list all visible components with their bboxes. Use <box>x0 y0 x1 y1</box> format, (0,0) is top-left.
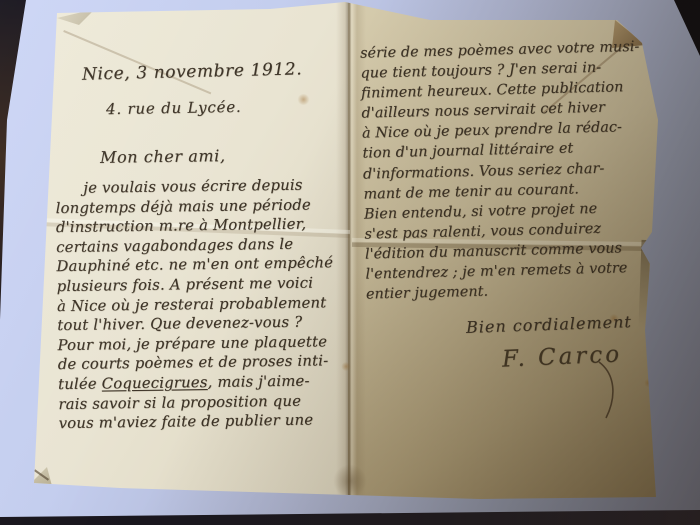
salutation: Mon cher ami, <box>100 146 226 167</box>
address-line: 4. rue du Lycée. <box>106 98 242 118</box>
fold-wrinkle-bottom <box>333 464 367 498</box>
right-page-body-text: série de mes poèmes avec votre musi-que … <box>360 36 662 304</box>
handwritten-line: de courts poèmes et de proses inti- <box>58 351 360 375</box>
letter-sheet: Nice, 3 novembre 1912. 4. rue du Lycée. … <box>0 0 700 525</box>
photo-of-handwritten-letter: Nice, 3 novembre 1912. 4. rue du Lycée. … <box>0 0 700 525</box>
signature-flourish-stroke <box>593 358 633 423</box>
foxing-stain <box>297 94 310 105</box>
underlined-word: Coquecigrues <box>102 374 208 392</box>
left-page-body-text: je voulais vous écrire depuislongtemps d… <box>55 175 361 434</box>
